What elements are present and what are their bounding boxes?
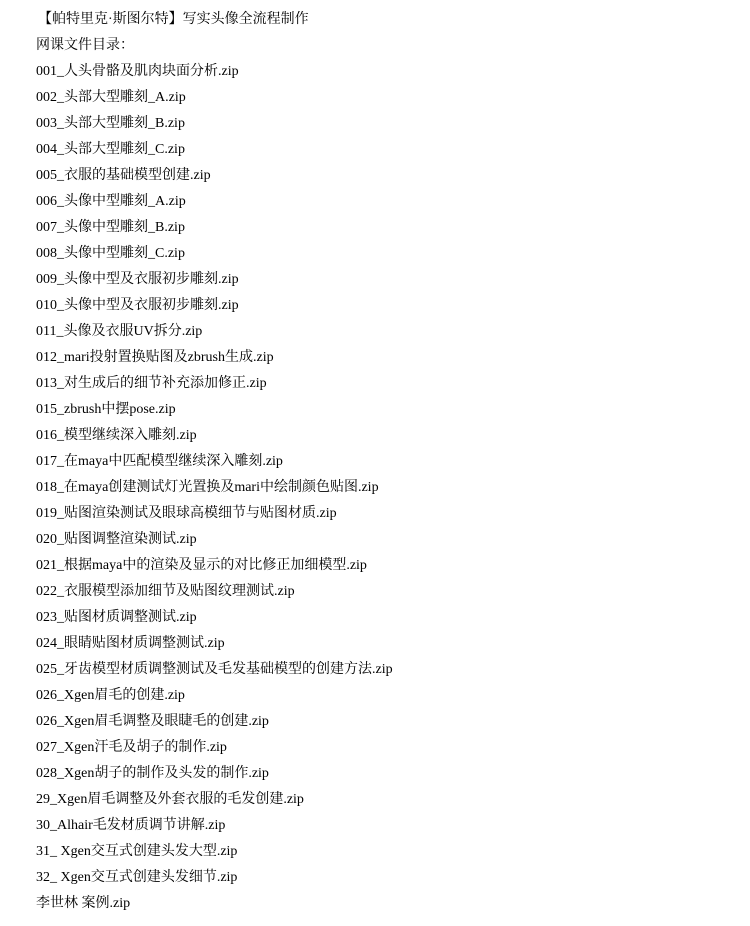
file-list-item: 010_头像中型及衣服初步雕刻.zip xyxy=(36,293,750,319)
file-list-item: 028_Xgen胡子的制作及头发的制作.zip xyxy=(36,761,750,787)
file-list-item: 李世林 案例.zip xyxy=(36,891,750,917)
file-list-item: 004_头部大型雕刻_C.zip xyxy=(36,137,750,163)
file-list-item: 002_头部大型雕刻_A.zip xyxy=(36,85,750,111)
file-list: 001_人头骨骼及肌肉块面分析.zip 002_头部大型雕刻_A.zip 003… xyxy=(36,59,750,917)
file-list-item: 019_贴图渲染测试及眼球高模细节与贴图材质.zip xyxy=(36,501,750,527)
file-list-item: 013_对生成后的细节补充添加修正.zip xyxy=(36,371,750,397)
file-list-item: 008_头像中型雕刻_C.zip xyxy=(36,241,750,267)
file-list-item: 025_牙齿模型材质调整测试及毛发基础模型的创建方法.zip xyxy=(36,657,750,683)
file-list-item: 006_头像中型雕刻_A.zip xyxy=(36,189,750,215)
file-list-item: 005_衣服的基础模型创建.zip xyxy=(36,163,750,189)
file-list-item: 30_Alhair毛发材质调节讲解.zip xyxy=(36,813,750,839)
file-list-item: 020_贴图调整渲染测试.zip xyxy=(36,527,750,553)
file-list-item: 015_zbrush中摆pose.zip xyxy=(36,397,750,423)
file-list-item: 009_头像中型及衣服初步雕刻.zip xyxy=(36,267,750,293)
file-list-item: 011_头像及衣服UV拆分.zip xyxy=(36,319,750,345)
document-title: 【帕特里克·斯图尔特】写实头像全流程制作 xyxy=(36,7,750,33)
file-list-item: 021_根据maya中的渲染及显示的对比修正加细模型.zip xyxy=(36,553,750,579)
file-list-item: 018_在maya创建测试灯光置换及mari中绘制颜色贴图.zip xyxy=(36,475,750,501)
file-list-item: 31_ Xgen交互式创建头发大型.zip xyxy=(36,839,750,865)
file-list-item: 026_Xgen眉毛的创建.zip xyxy=(36,683,750,709)
file-list-item: 012_mari投射置换贴图及zbrush生成.zip xyxy=(36,345,750,371)
file-list-item: 29_Xgen眉毛调整及外套衣服的毛发创建.zip xyxy=(36,787,750,813)
file-list-item: 007_头像中型雕刻_B.zip xyxy=(36,215,750,241)
file-list-item: 023_贴图材质调整测试.zip xyxy=(36,605,750,631)
document-body: 【帕特里克·斯图尔特】写实头像全流程制作 网课文件目录： 001_人头骨骼及肌肉… xyxy=(0,0,750,917)
file-list-item: 022_衣服模型添加细节及贴图纹理测试.zip xyxy=(36,579,750,605)
file-list-item: 016_模型继续深入雕刻.zip xyxy=(36,423,750,449)
file-list-item: 001_人头骨骼及肌肉块面分析.zip xyxy=(36,59,750,85)
file-list-item: 026_Xgen眉毛调整及眼睫毛的创建.zip xyxy=(36,709,750,735)
file-list-item: 017_在maya中匹配模型继续深入雕刻.zip xyxy=(36,449,750,475)
file-list-item: 003_头部大型雕刻_B.zip xyxy=(36,111,750,137)
file-list-item: 027_Xgen汗毛及胡子的制作.zip xyxy=(36,735,750,761)
file-list-item: 024_眼睛贴图材质调整测试.zip xyxy=(36,631,750,657)
file-list-item: 32_ Xgen交互式创建头发细节.zip xyxy=(36,865,750,891)
document-subtitle: 网课文件目录： xyxy=(36,33,750,59)
